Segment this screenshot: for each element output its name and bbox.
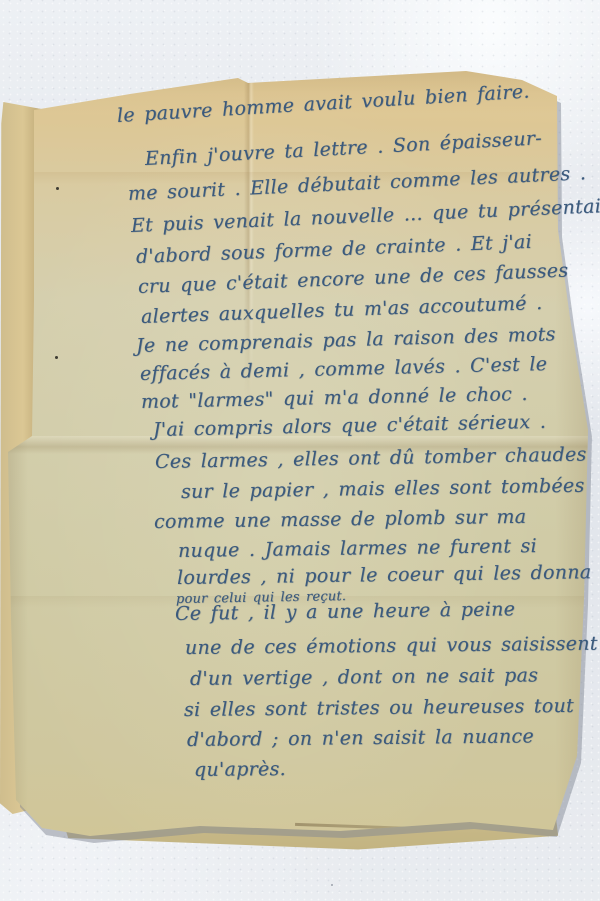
- letter-text: le pauvre homme avait voulu bien faire.E…: [0, 0, 600, 901]
- ink-speck: [55, 356, 58, 359]
- letter-line: Je ne comprenais pas la raison des mots: [136, 323, 556, 358]
- letter-line: J'ai compris alors que c'était sérieux .: [153, 411, 547, 442]
- letter-line: d'abord ; on n'en saisit la nuance: [187, 725, 534, 751]
- letter-line: le pauvre homme avait voulu bien faire.: [116, 81, 530, 128]
- letter-line: si elles sont tristes ou heureuses tout: [184, 695, 574, 722]
- letter-line: alertes auxquelles tu m'as accoutumé .: [141, 292, 543, 329]
- letter-line: Enfin j'ouvre ta lettre . Son épaisseur-: [144, 127, 542, 171]
- letter-line: d'un vertige , dont on ne sait pas: [190, 664, 538, 690]
- letter-line: effacés à demi , comme lavés . C'est le: [140, 353, 548, 386]
- letter-line: mot "larmes" qui m'a donné le choc .: [141, 383, 528, 414]
- letter-line: comme une masse de plomb sur ma: [154, 506, 527, 534]
- letter-line: nuque . Jamais larmes ne furent si: [178, 535, 537, 563]
- dust-speck: [331, 884, 333, 886]
- letter-line: qu'après.: [194, 758, 286, 782]
- letter-line: Ce fut , il y a une heure à peine: [175, 598, 516, 626]
- letter-line: Ces larmes , elles ont dû tomber chaudes: [155, 443, 587, 473]
- ink-speck: [56, 187, 59, 190]
- letter-line: une de ces émotions qui vous saisissent: [185, 633, 598, 660]
- letter-line: sur le papier , mais elles sont tombées: [181, 475, 585, 504]
- letter-line: lourdes , ni pour le coeur qui les donna…: [177, 561, 600, 590]
